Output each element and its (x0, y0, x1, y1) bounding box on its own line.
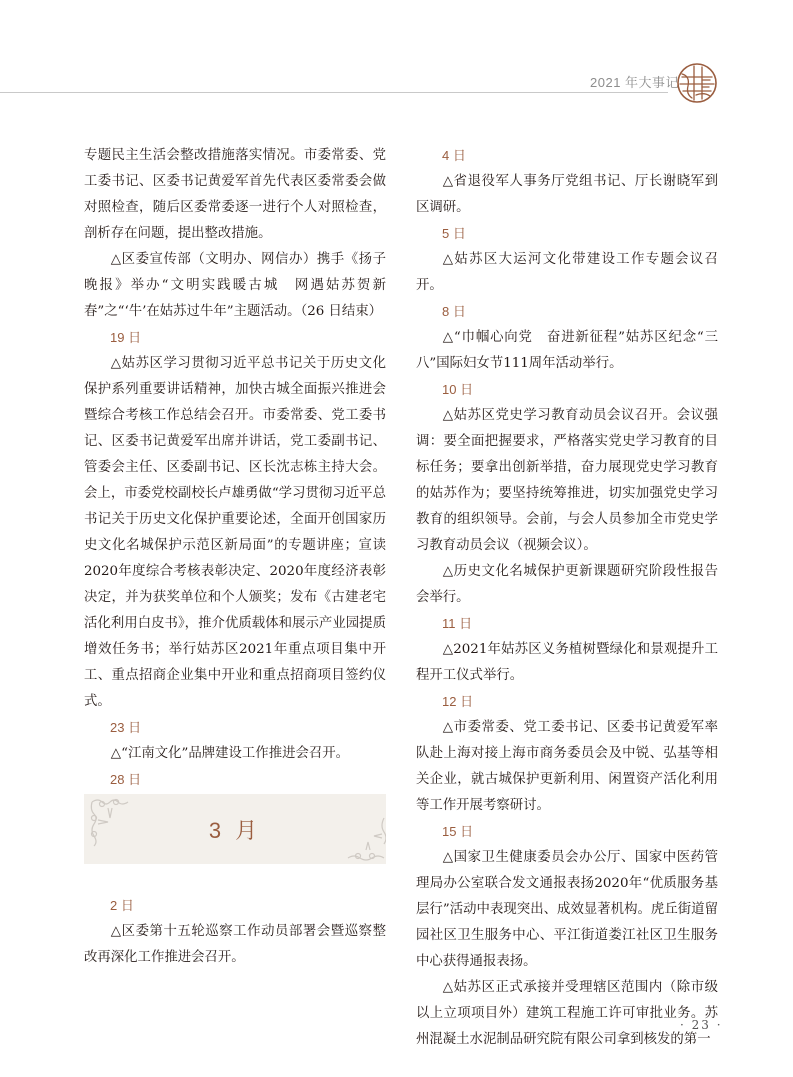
paragraph: △区委第十五轮巡察工作动员部署会暨巡察整改再深化工作推进会召开。 (84, 919, 386, 971)
right-column: 4 日 △省退役军人事务厅党组书记、厅长谢晓军到区调研。 5 日 △姑苏区大运河… (416, 143, 718, 1053)
date-heading: 12 日 (416, 689, 718, 715)
paragraph: △“江南文化”品牌建设工作推进会召开。 (84, 741, 386, 767)
seal-emblem-icon (676, 62, 718, 104)
date-heading: 4 日 (416, 143, 718, 169)
running-header-title: 2021 年大事记 (590, 72, 679, 91)
month-label: 3 月 (84, 814, 386, 845)
date-heading: 15 日 (416, 819, 718, 845)
paragraph: △市委常委、党工委书记、区委书记黄爱军率队赴上海对接上海市商务委员会及中锐、弘基… (416, 715, 718, 819)
paragraph: △姑苏区正式承接并受理辖区范围内（除市级以上立项项目外）建筑工程施工许可审批业务… (416, 975, 718, 1053)
date-heading: 11 日 (416, 611, 718, 637)
date-heading: 2 日 (84, 893, 386, 919)
left-column: 专题民主生活会整改措施落实情况。市委常委、党工委书记、区委书记黄爱军首先代表区委… (84, 143, 386, 845)
date-heading: 10 日 (416, 377, 718, 403)
paragraph: △姑苏区大运河文化带建设工作专题会议召开。 (416, 247, 718, 299)
date-heading: 19 日 (84, 325, 386, 351)
paragraph: △姑苏区学习贯彻习近平总书记关于历史文化保护系列重要讲话精神，加快古城全面振兴推… (84, 351, 386, 715)
date-heading: 23 日 (84, 715, 386, 741)
paragraph: △省退役军人事务厅党组书记、厅长谢晓军到区调研。 (416, 169, 718, 221)
date-heading: 5 日 (416, 221, 718, 247)
paragraph: △2021年姑苏区义务植树暨绿化和景观提升工程开工仪式举行。 (416, 637, 718, 689)
paragraph: △姑苏区党史学习教育动员会议召开。会议强调：要全面把握要求，严格落实党史学习教育… (416, 403, 718, 559)
left-column-march: 2 日 △区委第十五轮巡察工作动员部署会暨巡察整改再深化工作推进会召开。 (84, 893, 386, 971)
paragraph: △历史文化名城保护更新课题研究阶段性报告会举行。 (416, 559, 718, 611)
month-banner: 3 月 (84, 794, 386, 864)
paragraph: △国家卫生健康委员会办公厅、国家中医药管理局办公室联合发文通报表扬2020年“优… (416, 845, 718, 975)
header-rule (0, 92, 668, 93)
corner-ornament-icon (346, 814, 386, 862)
paragraph: △“巾帼心向党 奋进新征程”姑苏区纪念“三八”国际妇女节111周年活动举行。 (416, 325, 718, 377)
date-heading: 28 日 (84, 767, 386, 793)
page-number: · 23 · (680, 1018, 723, 1032)
paragraph: 专题民主生活会整改措施落实情况。市委常委、党工委书记、区委书记黄爱军首先代表区委… (84, 143, 386, 247)
paragraph: △区委宣传部（文明办、网信办）携手《扬子晚报》举办“文明实践暖古城 网遇姑苏贺新… (84, 247, 386, 325)
date-heading: 8 日 (416, 299, 718, 325)
